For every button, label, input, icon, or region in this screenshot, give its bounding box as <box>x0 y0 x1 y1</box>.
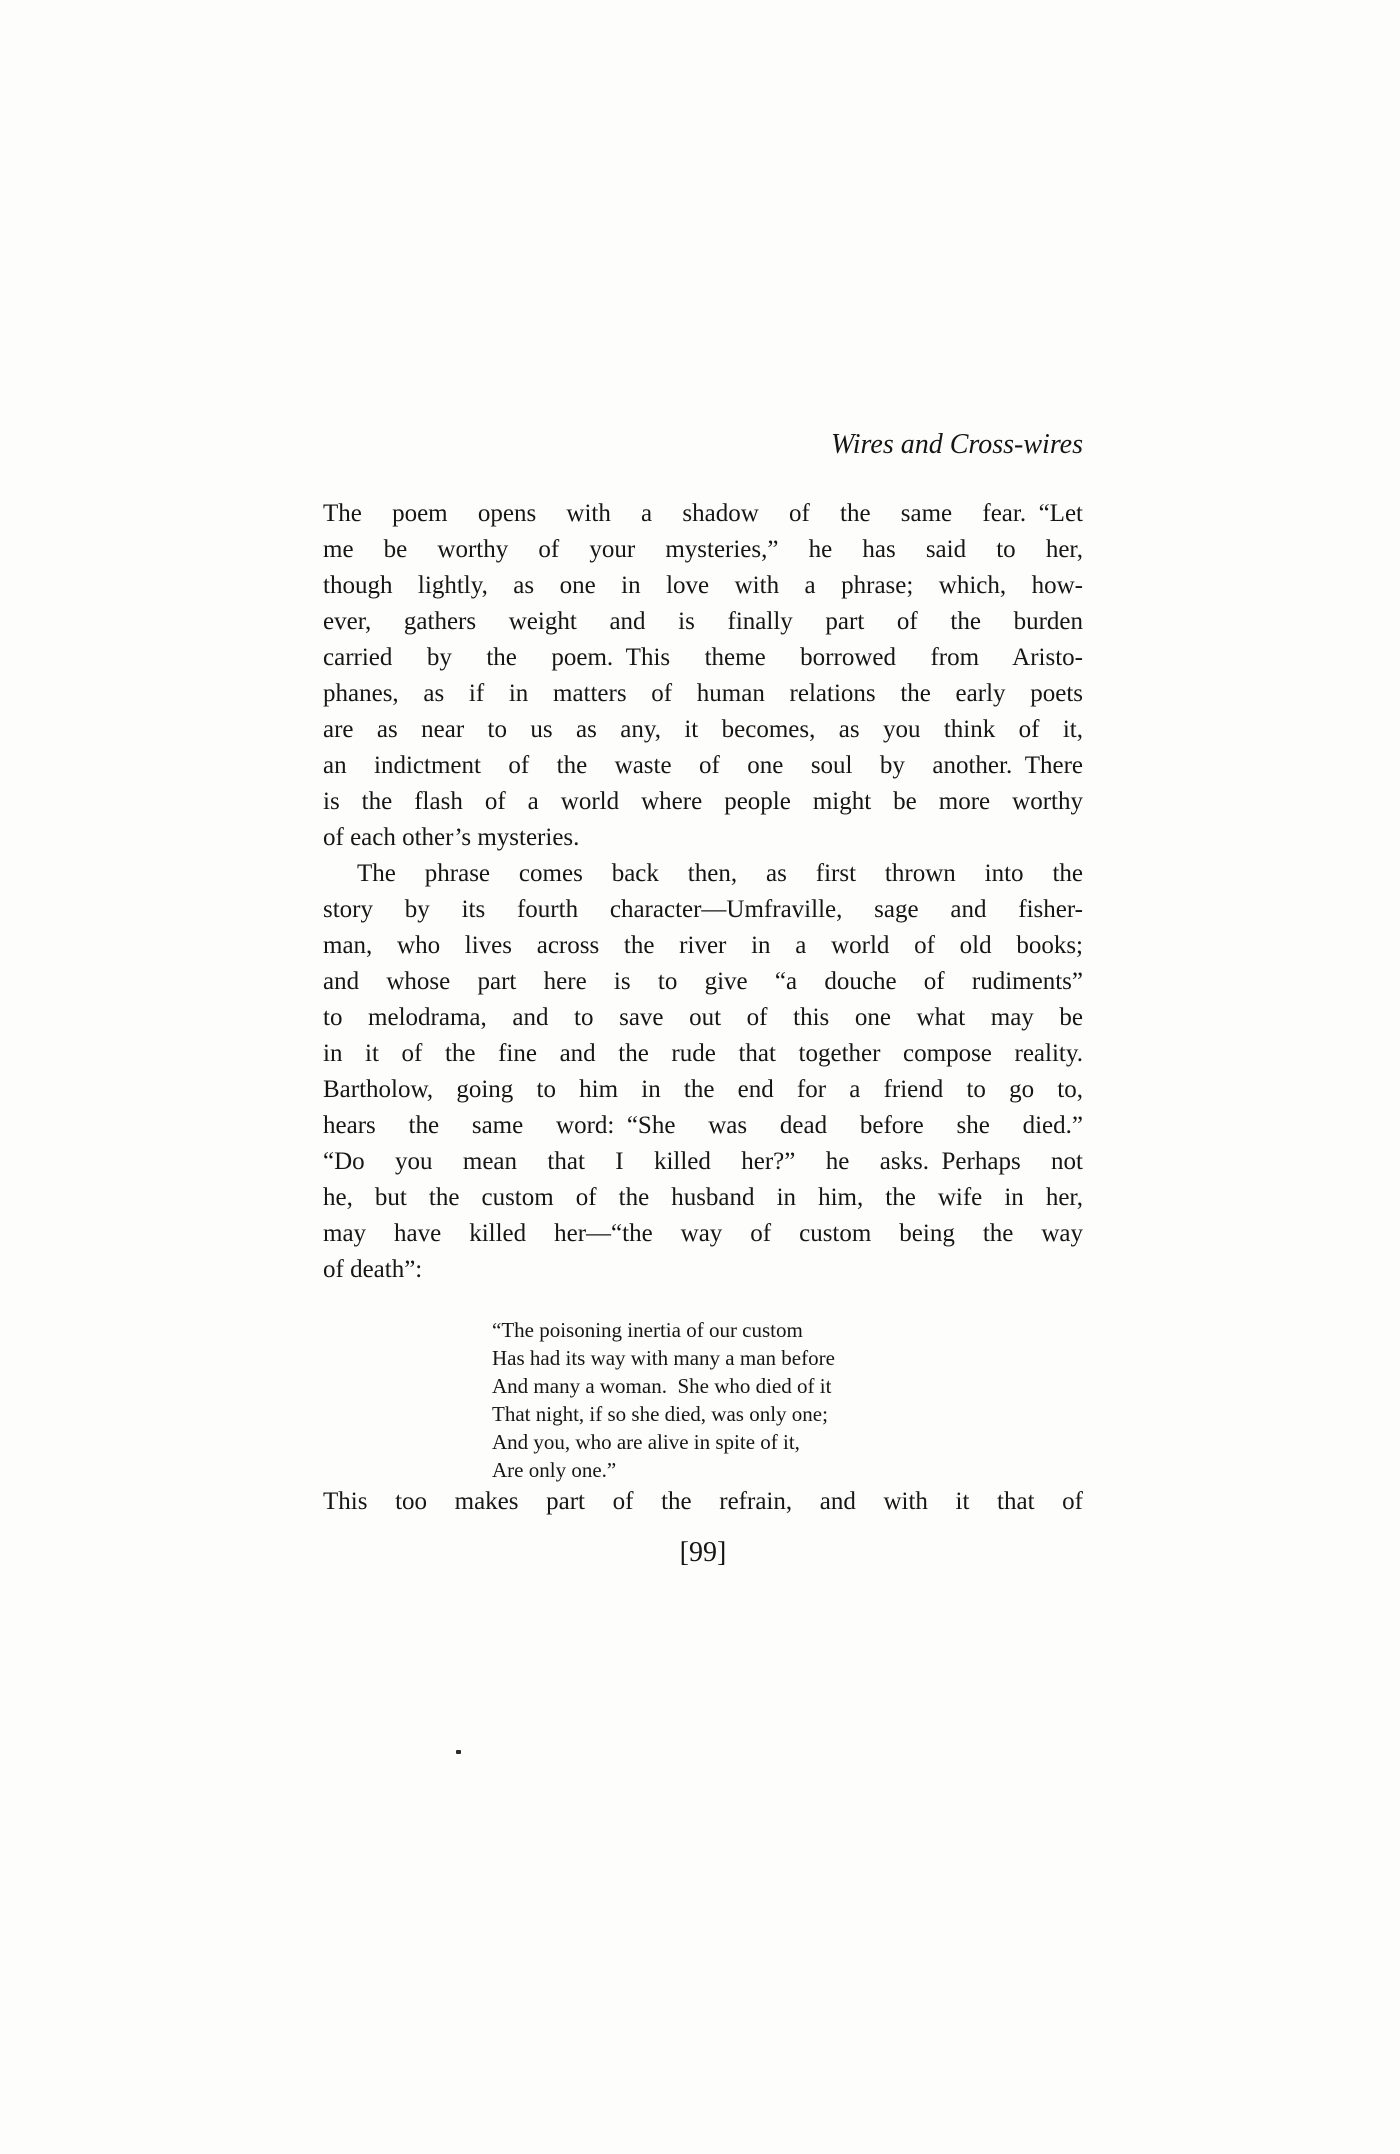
poem-line: And many a woman. She who died of it <box>492 1372 1083 1400</box>
text-line: story by its fourth character—Umfraville… <box>323 892 1083 928</box>
ink-spot-artifact <box>456 1750 461 1754</box>
poem-line: Has had its way with many a man before <box>492 1344 1083 1372</box>
text-line: carried by the poem. This theme borrowed… <box>323 640 1083 676</box>
text-line: “Do you mean that I killed her?” he asks… <box>323 1144 1083 1180</box>
text-line: in it of the fine and the rude that toge… <box>323 1036 1083 1072</box>
text-line: though lightly, as one in love with a ph… <box>323 568 1083 604</box>
text-line: me be worthy of your mysteries,” he has … <box>323 532 1083 568</box>
text-line: Bartholow, going to him in the end for a… <box>323 1072 1083 1108</box>
text-line: The poem opens with a shadow of the same… <box>323 496 1083 532</box>
text-line: and whose part here is to give “a douche… <box>323 964 1083 1000</box>
text-line: he, but the custom of the husband in him… <box>323 1180 1083 1216</box>
text-line: The phrase comes back then, as first thr… <box>323 856 1083 892</box>
text-line: are as near to us as any, it becomes, as… <box>323 712 1083 748</box>
text-block: The poem opens with a shadow of the same… <box>323 496 1083 1570</box>
poem-line: And you, who are alive in spite of it, <box>492 1428 1083 1456</box>
text-line: of death”: <box>323 1252 1083 1288</box>
running-head: Wires and Cross-wires <box>323 428 1083 462</box>
text-line: is the flash of a world where people mig… <box>323 784 1083 820</box>
text-line: This too makes part of the refrain, and … <box>323 1484 1083 1520</box>
text-line: an indictment of the waste of one soul b… <box>323 748 1083 784</box>
text-line: ever, gathers weight and is finally part… <box>323 604 1083 640</box>
text-line: phanes, as if in matters of human relati… <box>323 676 1083 712</box>
paragraph-2: The phrase comes back then, as first thr… <box>323 856 1083 1288</box>
paragraph-1: The poem opens with a shadow of the same… <box>323 496 1083 856</box>
page-number: [99] <box>323 1536 1083 1570</box>
poem-line: Are only one.” <box>492 1456 1083 1484</box>
poem-line: “The poisoning inertia of our custom <box>492 1316 1083 1344</box>
text-line: man, who lives across the river in a wor… <box>323 928 1083 964</box>
text-line: may have killed her—“the way of custom b… <box>323 1216 1083 1252</box>
closing-paragraph: This too makes part of the refrain, and … <box>323 1484 1083 1520</box>
poem-line: That night, if so she died, was only one… <box>492 1400 1083 1428</box>
text-line: hears the same word: “She was dead befor… <box>323 1108 1083 1144</box>
text-line: of each other’s mysteries. <box>323 820 1083 856</box>
text-line: to melodrama, and to save out of this on… <box>323 1000 1083 1036</box>
book-page: Wires and Cross-wires The poem opens wit… <box>0 0 1400 2154</box>
poem-quote: “The poisoning inertia of our customHas … <box>492 1316 1083 1484</box>
